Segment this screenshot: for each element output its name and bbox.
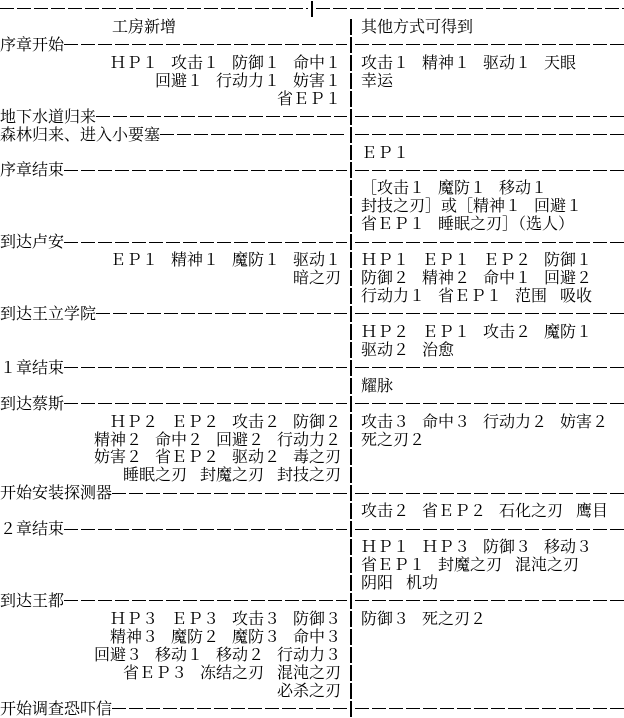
stat-item: 防御３ (293, 610, 341, 628)
stat-item: 省ＥＰ１ (361, 215, 425, 233)
column-separator (347, 646, 355, 664)
stat-item: 省ＥＰ２ (155, 448, 219, 466)
stat-item: 防御２ (293, 413, 341, 431)
milestone-label: ２章结束 (0, 520, 64, 538)
dash-line (64, 520, 347, 538)
stat-item: 必杀之刃 (277, 682, 341, 700)
stat-item: 省ＥＰ１ (438, 287, 502, 305)
column-separator (347, 126, 355, 144)
stat-item: 移动２ (216, 646, 264, 664)
stat-item: 精神２ (94, 431, 142, 449)
dash-line (112, 700, 347, 718)
stat-item: 范围 (515, 287, 547, 305)
stat-item: 魔防１ (544, 323, 592, 341)
column-separator (347, 90, 355, 108)
column-separator (347, 269, 355, 287)
dash-line (0, 0, 308, 18)
stat-item: 省ＥＰ１ (361, 556, 425, 574)
stat-item: 石化之刃 (499, 502, 563, 520)
milestone-row: 开始安装探测器 (0, 484, 624, 502)
stat-item: 睡眠之刃 (123, 466, 187, 484)
workshop-cell: 省ＥＰ１ (0, 90, 347, 108)
stat-item: 回避１ (534, 197, 582, 215)
stat-item: ＨＰ１ (110, 54, 158, 72)
content-row: 省ＥＰ１ (0, 90, 624, 108)
column-separator (347, 197, 355, 215)
stat-item: ＥＰ１ (361, 144, 409, 162)
content-row: ［攻击１魔防１移动１ (0, 179, 624, 197)
dash-line (64, 233, 347, 251)
other-ways-cell: 省ＥＰ１睡眠之刃］（选人） (355, 215, 624, 233)
content-row: ＨＰ１攻击１防御１命中１攻击１精神１驱动１天眼 (0, 54, 624, 72)
other-ways-column-title: 其他方式可得到 (361, 18, 473, 36)
column-separator (347, 574, 355, 592)
dash-line (355, 520, 624, 538)
milestone-row: １章结束 (0, 359, 624, 377)
stat-item: ＥＰ１ (422, 323, 470, 341)
stat-item: ＨＰ１ (361, 251, 409, 269)
content-row: ＨＰ１ＨＰ３防御３移动３ (0, 538, 624, 556)
content-row: 省ＥＰ１睡眠之刃］（选人） (0, 215, 624, 233)
stat-item: 回避１ (155, 72, 203, 90)
milestone-label: 序章开始 (0, 36, 64, 54)
milestone-row: ２章结束 (0, 520, 624, 538)
stat-item: 行动力３ (277, 646, 341, 664)
dash-line (355, 359, 624, 377)
stat-item: 移动３ (544, 538, 592, 556)
stat-item: 混沌之刃 (515, 556, 579, 574)
milestone-label: 开始调查恐吓信 (0, 700, 112, 718)
workshop-cell: 精神２命中２回避２行动力２ (0, 431, 347, 449)
milestone-label: １章结束 (0, 359, 64, 377)
stat-item: 魔防３ (232, 628, 280, 646)
dash-line (64, 395, 347, 413)
content-row: ＥＰ１精神１魔防１驱动１ＨＰ１ＥＰ１ＥＰ２防御１ (0, 251, 624, 269)
stat-item: 魔防１ (232, 251, 280, 269)
stat-item: 封技之刃］或［精神１ (361, 197, 521, 215)
milestone-left: 到达王都 (0, 592, 347, 610)
stat-item: 暗之刃 (293, 269, 341, 287)
milestone-label: 到达王都 (0, 592, 64, 610)
stat-item: 驱动２ (232, 448, 280, 466)
stat-item: 封技之刃 (277, 466, 341, 484)
stat-item: 命中３ (293, 628, 341, 646)
content-row: 省ＥＰ３冻结之刃混沌之刃 (0, 664, 624, 682)
stat-item: 省ＥＰ２ (422, 502, 486, 520)
stat-item: ［攻击１ (361, 179, 425, 197)
milestone-left: 序章结束 (0, 161, 347, 179)
stat-item: 封魔之刃 (200, 466, 264, 484)
milestone-left: 开始安装探测器 (0, 484, 347, 502)
workshop-column-title: 工房新增 (112, 18, 176, 36)
column-separator (347, 682, 355, 700)
stat-item: 鹰目 (576, 502, 608, 520)
other-ways-cell: 攻击１精神１驱动１天眼 (355, 54, 624, 72)
dash-line (64, 359, 347, 377)
milestone-label: 到达蔡斯 (0, 395, 64, 413)
column-separator (347, 502, 355, 520)
stat-item: ＥＰ３ (171, 610, 219, 628)
workshop-cell: ＥＰ１精神１魔防１驱动１ (0, 251, 347, 269)
column-separator (347, 341, 355, 359)
other-ways-cell: 阴阳机功 (355, 574, 624, 592)
workshop-cell: 省ＥＰ３冻结之刃混沌之刃 (0, 664, 347, 682)
stat-upgrade-table: 工房新增其他方式可得到序章开始ＨＰ１攻击１防御１命中１攻击１精神１驱动１天眼回避… (0, 0, 624, 718)
column-separator (347, 556, 355, 574)
column-separator (347, 377, 355, 395)
stat-item: ＨＰ２ (361, 323, 409, 341)
stat-item: 毒之刃 (293, 448, 341, 466)
other-ways-cell: 防御２精神２命中１回避２ (355, 269, 624, 287)
stat-item: 魔防２ (171, 628, 219, 646)
stat-item: 行动力１ (216, 72, 280, 90)
milestone-row: 到达王立学院 (0, 305, 624, 323)
stat-item: 冻结之刃 (200, 664, 264, 682)
stat-item: 睡眠之刃］（选人） (438, 215, 574, 233)
stat-item: 行动力１ (361, 287, 425, 305)
dash-line (355, 700, 624, 718)
header-row: 工房新增其他方式可得到 (0, 18, 624, 36)
stat-item: 攻击２ (483, 323, 531, 341)
stat-item: 混沌之刃 (277, 664, 341, 682)
stat-item: 攻击２ (232, 413, 280, 431)
dash-line (96, 108, 347, 126)
column-separator (347, 538, 355, 556)
other-ways-cell: ＨＰ１ＥＰ１ＥＰ２防御１ (355, 251, 624, 269)
column-separator (347, 233, 355, 251)
content-row: 妨害２省ＥＰ２驱动２毒之刃 (0, 448, 624, 466)
dash-line (355, 126, 624, 144)
stat-item: 治愈 (422, 341, 454, 359)
workshop-header-cell: 工房新增 (0, 18, 347, 36)
workshop-cell: ＨＰ１攻击１防御１命中１ (0, 54, 347, 72)
dash-line (355, 592, 624, 610)
content-row: 回避１行动力１妨害１幸运 (0, 72, 624, 90)
milestone-label: 森林归来、进入小要塞 (0, 126, 160, 144)
milestone-row: 到达王都 (0, 592, 624, 610)
dash-line (64, 36, 347, 54)
column-separator (347, 484, 355, 502)
content-row: 暗之刃防御２精神２命中１回避２ (0, 269, 624, 287)
stat-item: 命中１ (483, 269, 531, 287)
column-separator (347, 323, 355, 341)
other-ways-cell: ＨＰ２ＥＰ１攻击２魔防１ (355, 323, 624, 341)
stat-item: ＨＰ１ (361, 538, 409, 556)
stat-item: 死之刃２ (422, 610, 486, 628)
column-separator (347, 466, 355, 484)
workshop-cell: 精神３魔防２魔防３命中３ (0, 628, 347, 646)
milestone-row: 森林归来、进入小要塞 (0, 126, 624, 144)
stat-item: 回避２ (216, 431, 264, 449)
stat-item: ＥＰ２ (171, 413, 219, 431)
other-ways-cell: 行动力１省ＥＰ１范围吸收 (355, 287, 624, 305)
stat-item: 命中２ (155, 431, 203, 449)
milestone-row: 开始调查恐吓信 (0, 700, 624, 718)
stat-item: 省ＥＰ１ (277, 90, 341, 108)
milestone-left: １章结束 (0, 359, 347, 377)
content-row: 耀脉 (0, 377, 624, 395)
column-separator (347, 520, 355, 538)
stat-item: 防御１ (544, 251, 592, 269)
dash-line (355, 36, 624, 54)
content-row: 精神２命中２回避２行动力２死之刃２ (0, 431, 624, 449)
stat-item: 防御３ (361, 610, 409, 628)
workshop-cell: 必杀之刃 (0, 682, 347, 700)
column-separator (347, 628, 355, 646)
stat-item: 命中３ (422, 413, 470, 431)
stat-item: 行动力２ (483, 413, 547, 431)
stat-item: 驱动２ (361, 341, 409, 359)
column-separator (347, 108, 355, 126)
stat-item: 死之刃２ (361, 431, 425, 449)
stat-item: 幸运 (361, 72, 393, 90)
stat-item: 攻击１ (171, 54, 219, 72)
stat-item: ＥＰ１ (110, 251, 158, 269)
dash-line (112, 484, 347, 502)
stat-item: 精神２ (422, 269, 470, 287)
milestone-label: 序章结束 (0, 161, 64, 179)
milestone-left: 地下水道归来 (0, 108, 347, 126)
stat-item: 精神１ (171, 251, 219, 269)
content-row: 睡眠之刃封魔之刃封技之刃 (0, 466, 624, 484)
content-row: 精神３魔防２魔防３命中３ (0, 628, 624, 646)
stat-item: 命中１ (293, 54, 341, 72)
stat-item: 驱动１ (483, 54, 531, 72)
column-separator (347, 179, 355, 197)
milestone-row: 地下水道归来 (0, 108, 624, 126)
content-row: 必杀之刃 (0, 682, 624, 700)
workshop-cell: ＨＰ３ＥＰ３攻击３防御３ (0, 610, 347, 628)
stat-item: 妨害１ (293, 72, 341, 90)
workshop-cell: 回避３移动１移动２行动力３ (0, 646, 347, 664)
other-ways-cell: 驱动２治愈 (355, 341, 624, 359)
milestone-label: 到达王立学院 (0, 305, 96, 323)
other-ways-cell: 省ＥＰ１封魔之刃混沌之刃 (355, 556, 624, 574)
stat-item: 行动力２ (277, 431, 341, 449)
content-row: 驱动２治愈 (0, 341, 624, 359)
stat-item: 防御１ (232, 54, 280, 72)
column-separator (347, 36, 355, 54)
other-ways-cell: 幸运 (355, 72, 624, 90)
column-separator (347, 592, 355, 610)
dash-line (355, 305, 624, 323)
stat-item: 魔防１ (438, 179, 486, 197)
dash-line (355, 161, 624, 179)
stat-item: 回避２ (544, 269, 592, 287)
stat-item: ＥＰ２ (483, 251, 531, 269)
stat-item: ＨＰ３ (422, 538, 470, 556)
stat-item: 攻击３ (232, 610, 280, 628)
other-ways-cell: 耀脉 (355, 377, 624, 395)
stat-item: 吸收 (560, 287, 592, 305)
workshop-cell: 睡眠之刃封魔之刃封技之刃 (0, 466, 347, 484)
dash-line (355, 233, 624, 251)
other-ways-cell: 封技之刃］或［精神１回避１ (355, 197, 624, 215)
workshop-cell: 暗之刃 (0, 269, 347, 287)
column-separator (347, 251, 355, 269)
other-ways-cell: ［攻击１魔防１移动１ (355, 179, 624, 197)
stat-item: 天眼 (544, 54, 576, 72)
content-row: ＨＰ３ＥＰ３攻击３防御３防御３死之刃２ (0, 610, 624, 628)
milestone-row: 到达卢安 (0, 233, 624, 251)
milestone-left: 到达王立学院 (0, 305, 347, 323)
stat-item: 精神３ (110, 628, 158, 646)
milestone-label: 地下水道归来 (0, 108, 96, 126)
stat-item: ＨＰ３ (110, 610, 158, 628)
content-row: 封技之刃］或［精神１回避１ (0, 197, 624, 215)
column-separator (347, 54, 355, 72)
other-ways-cell: ＥＰ１ (355, 144, 624, 162)
other-ways-header-cell: 其他方式可得到 (355, 18, 624, 36)
milestone-left: 森林归来、进入小要塞 (0, 126, 347, 144)
column-separator (308, 0, 316, 18)
other-ways-cell: 攻击３命中３行动力２妨害２ (355, 413, 624, 431)
milestone-left: ２章结束 (0, 520, 347, 538)
content-row: 行动力１省ＥＰ１范围吸收 (0, 287, 624, 305)
stat-item: 妨害２ (94, 448, 142, 466)
stat-item: 阴阳 (361, 574, 393, 592)
stat-item: 妨害２ (560, 413, 608, 431)
content-row: 回避３移动１移动２行动力３ (0, 646, 624, 664)
stat-item: ＨＰ２ (110, 413, 158, 431)
stat-item: 攻击３ (361, 413, 409, 431)
milestone-row: 序章开始 (0, 36, 624, 54)
stat-item: 机功 (406, 574, 438, 592)
column-separator (347, 18, 355, 36)
column-separator (347, 431, 355, 449)
milestone-row: 序章结束 (0, 161, 624, 179)
document-page: { "page": { "background_color": "#ffffff… (0, 0, 624, 718)
other-ways-cell: ＨＰ１ＨＰ３防御３移动３ (355, 538, 624, 556)
stat-item: 精神１ (422, 54, 470, 72)
stat-item: 防御３ (483, 538, 531, 556)
dash-line (355, 108, 624, 126)
stat-item: 耀脉 (361, 377, 393, 395)
column-separator (347, 664, 355, 682)
content-row: 省ＥＰ１封魔之刃混沌之刃 (0, 556, 624, 574)
milestone-left: 序章开始 (0, 36, 347, 54)
milestone-left: 到达卢安 (0, 233, 347, 251)
milestone-left: 开始调查恐吓信 (0, 700, 347, 718)
workshop-cell: 妨害２省ＥＰ２驱动２毒之刃 (0, 448, 347, 466)
content-row: ＨＰ２ＥＰ２攻击２防御２攻击３命中３行动力２妨害２ (0, 413, 624, 431)
milestone-left: 到达蔡斯 (0, 395, 347, 413)
content-row: ＥＰ１ (0, 144, 624, 162)
column-separator (347, 395, 355, 413)
dash-line (64, 161, 347, 179)
column-separator (347, 305, 355, 323)
dash-line (96, 305, 347, 323)
stat-item: 省ＥＰ３ (123, 664, 187, 682)
workshop-cell: ＨＰ２ＥＰ２攻击２防御２ (0, 413, 347, 431)
stat-item: 移动１ (155, 646, 203, 664)
dash-line (64, 592, 347, 610)
column-separator (347, 448, 355, 466)
dash-line (160, 126, 347, 144)
stat-item: 封魔之刃 (438, 556, 502, 574)
stat-item: 移动１ (499, 179, 547, 197)
column-separator (347, 161, 355, 179)
milestone-label: 到达卢安 (0, 233, 64, 251)
column-separator (347, 413, 355, 431)
milestone-row: 到达蔡斯 (0, 395, 624, 413)
column-separator (347, 610, 355, 628)
column-separator (347, 700, 355, 718)
column-separator (347, 215, 355, 233)
dash-line (355, 395, 624, 413)
stat-item: ＥＰ１ (422, 251, 470, 269)
column-separator (347, 72, 355, 90)
stat-item: 回避３ (94, 646, 142, 664)
stat-item: 攻击１ (361, 54, 409, 72)
content-row: 阴阳机功 (0, 574, 624, 592)
stat-item: 驱动１ (293, 251, 341, 269)
stat-item: 防御２ (361, 269, 409, 287)
border-row (0, 0, 624, 18)
other-ways-cell: 死之刃２ (355, 431, 624, 449)
stat-item: 攻击２ (361, 502, 409, 520)
other-ways-cell: 防御３死之刃２ (355, 610, 624, 628)
column-separator (347, 359, 355, 377)
dash-line (316, 0, 624, 18)
dash-line (355, 484, 624, 502)
content-row: 攻击２省ＥＰ２石化之刃鹰目 (0, 502, 624, 520)
workshop-cell: 回避１行动力１妨害１ (0, 72, 347, 90)
milestone-label: 开始安装探测器 (0, 484, 112, 502)
other-ways-cell: 攻击２省ＥＰ２石化之刃鹰目 (355, 502, 624, 520)
column-separator (347, 287, 355, 305)
column-separator (347, 144, 355, 162)
content-row: ＨＰ２ＥＰ１攻击２魔防１ (0, 323, 624, 341)
